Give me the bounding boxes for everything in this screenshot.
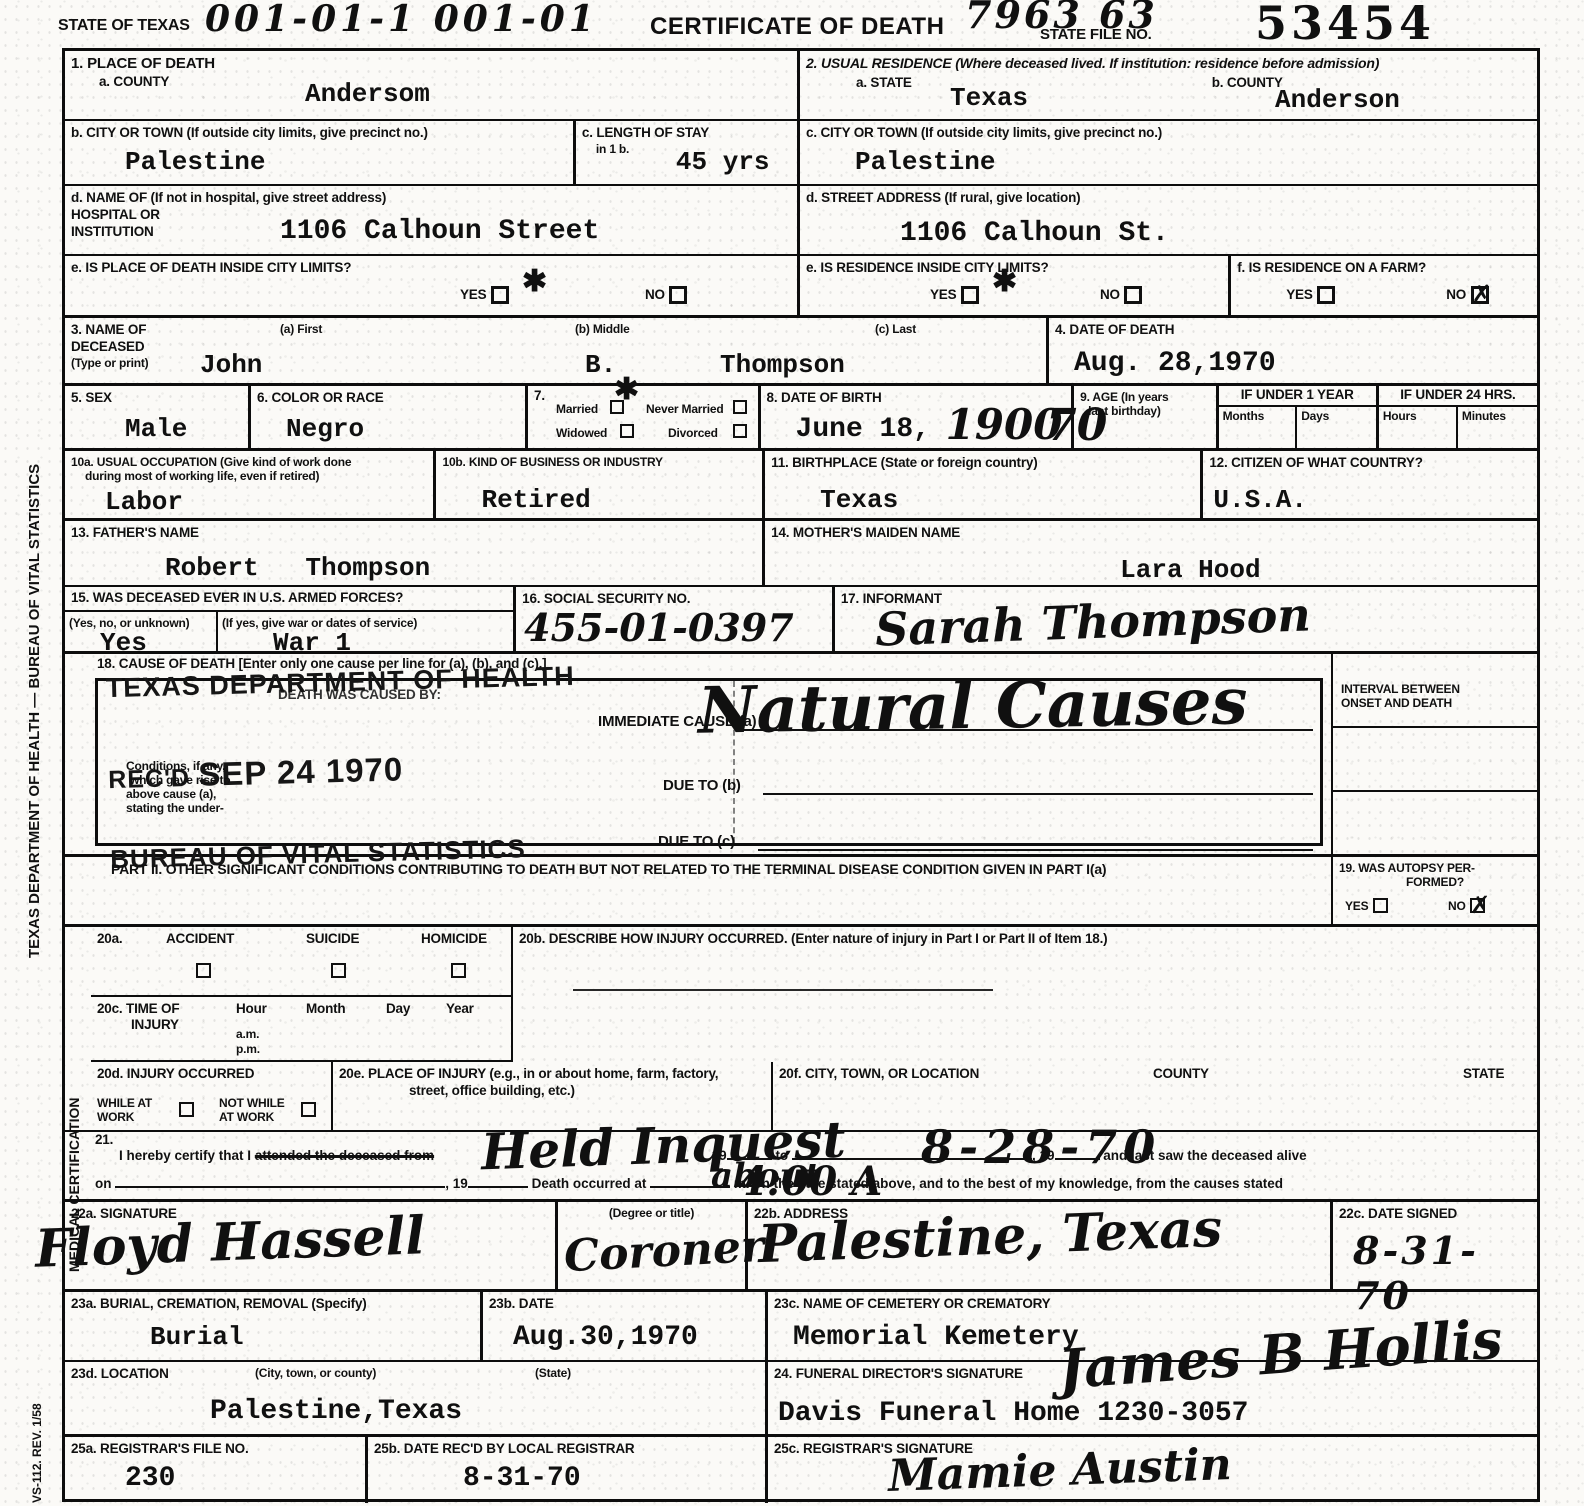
location-label: 23d. LOCATION — [71, 1366, 169, 1383]
middle-name-label: (b) Middle — [575, 322, 630, 336]
pod-limits-yes-asterisk: ✱ — [522, 274, 547, 289]
manner-label: 20a. — [97, 931, 122, 948]
injury-county-label: COUNTY — [1153, 1066, 1209, 1083]
res-limits-cell: e. IS RESIDENCE INSIDE CITY LIMITS? YES … — [800, 256, 1231, 315]
date-signed-cell: 22c. DATE SIGNED 8-31-70 — [1333, 1202, 1537, 1289]
res-street-label: d. STREET ADDRESS (If rural, give locati… — [806, 190, 1531, 207]
middle-name-value: B. — [585, 350, 616, 380]
month-label: Month — [306, 1001, 345, 1018]
res-city-label: c. CITY OR TOWN (If outside city limits,… — [806, 125, 1531, 142]
birthplace-value: Texas — [820, 485, 898, 515]
homicide-label: HOMICIDE — [421, 931, 487, 948]
manner-cell: 20a. ACCIDENT SUICIDE HOMICIDE — [91, 927, 513, 997]
res-farm-yes-label: YES — [1286, 287, 1312, 302]
while-at-work-label-2: WORK — [97, 1110, 134, 1124]
date-of-death-value: Aug. 28,1970 — [1074, 348, 1276, 379]
industry-label: 10b. KIND OF BUSINESS OR INDUSTRY — [442, 455, 756, 469]
certification-number: 21. — [95, 1132, 113, 1149]
location-sub-2: (State) — [535, 1366, 571, 1380]
cert-prefix: I hereby certify that I — [119, 1148, 251, 1163]
place-of-death-title: 1. PLACE OF DEATH — [71, 55, 791, 74]
citizen-cell: 12. CITIZEN OF WHAT COUNTRY? U.S.A. — [1203, 451, 1537, 518]
autopsy-yes-checkbox — [1373, 898, 1388, 913]
handwritten-local-file-code: 001-01-1 001-01 — [205, 0, 598, 40]
ssn-value: 455-01-0397 — [524, 605, 794, 650]
mother-name-cell: 14. MOTHER'S MAIDEN NAME Lara Hood — [765, 521, 1537, 585]
registrar-date-cell: 25b. DATE REC'D BY LOCAL REGISTRAR 8-31-… — [368, 1437, 768, 1503]
funeral-director-cell: 24. FUNERAL DIRECTOR'S SIGNATURE Davis F… — [768, 1362, 1537, 1434]
occupation-cell: 10a. USUAL OCCUPATION (Give kind of work… — [65, 451, 436, 518]
conditions-line-1: Conditions, if any, — [126, 759, 225, 773]
if-under-1-year-cell: IF UNDER 1 YEAR Months Days — [1219, 386, 1379, 448]
place-of-death-section: 1. PLACE OF DEATH a. COUNTY Andersom — [65, 51, 800, 119]
hour-label: Hour — [236, 1001, 267, 1018]
injury-state-label: STATE — [1463, 1066, 1504, 1083]
pod-city-label: b. CITY OR TOWN (If outside city limits,… — [71, 125, 567, 142]
cemetery-value: Memorial Kemetery — [793, 1322, 1079, 1353]
burial-label: 23a. BURIAL, CREMATION, REMOVAL (Specify… — [71, 1296, 474, 1313]
cert-struck-text: attended the deceased from — [255, 1148, 434, 1163]
conditions-line-4: stating the under- — [126, 801, 224, 815]
name-of-deceased-cell: 3. NAME OF DECEASED (Type or print) (a) … — [65, 318, 1049, 383]
informant-cell: 17. INFORMANT Sarah Thompson — [835, 587, 1537, 651]
industry-value: Retired — [481, 485, 590, 515]
agency-vertical-label: TEXAS DEPARTMENT OF HEALTH — BUREAU OF V… — [26, 248, 43, 958]
date-of-death-cell: 4. DATE OF DEATH Aug. 28,1970 — [1049, 318, 1537, 383]
autopsy-cell: 19. WAS AUTOPSY PER- FORMED? YES NO ✗ — [1333, 857, 1537, 924]
married-label: Married — [556, 402, 598, 416]
hospital-value: 1106 Calhoun Street — [280, 216, 599, 247]
injury-city-label: 20f. CITY, TOWN, OR LOCATION — [779, 1066, 979, 1083]
age-value: 70 — [1046, 400, 1107, 451]
res-county-label: b. COUNTY — [1212, 75, 1283, 92]
hospital-cell: d. NAME OF (If not in hospital, give str… — [65, 186, 800, 254]
res-state-value: Texas — [950, 83, 1028, 113]
burial-date-value: Aug.30,1970 — [513, 1322, 698, 1353]
res-farm-label: f. IS RESIDENCE ON A FARM? — [1237, 260, 1531, 277]
certifier-signature: Floyd Hassell — [34, 1205, 426, 1280]
describe-injury-space — [513, 997, 1537, 1062]
degree-label: (Degree or title) — [564, 1206, 739, 1220]
sex-value: Male — [125, 414, 187, 444]
homicide-checkbox — [451, 963, 466, 978]
suicide-label: SUICIDE — [306, 931, 359, 948]
cert-on-label: on — [95, 1176, 112, 1191]
res-farm-no-label: NO — [1446, 287, 1466, 302]
conditions-line-3: above cause (a), — [126, 787, 216, 801]
burial-date-label: 23b. DATE — [489, 1296, 759, 1313]
funeral-home-value: Davis Funeral Home 1230-3057 — [778, 1398, 1248, 1429]
hours-label: Hours — [1379, 407, 1458, 450]
registrar-file-label: 25a. REGISTRAR'S FILE NO. — [71, 1441, 359, 1458]
registrar-date-value: 8-31-70 — [463, 1463, 581, 1494]
pod-city-cell: b. CITY OR TOWN (If outside city limits,… — [65, 121, 576, 184]
registrar-signature-value: Mamie Austin — [887, 1439, 1232, 1502]
state-file-no-label: STATE FILE NO. — [1040, 26, 1152, 45]
res-farm-no-checkbox: ✗ — [1471, 286, 1489, 304]
stay-label: c. LENGTH OF STAY — [582, 125, 791, 142]
res-state-label: a. STATE — [856, 75, 912, 92]
not-while-at-work-label-2: AT WORK — [219, 1110, 274, 1124]
occupation-label-1: 10a. USUAL OCCUPATION (Give kind of work… — [71, 455, 427, 469]
divorced-label: Divorced — [668, 426, 718, 440]
sex-cell: 5. SEX Male — [65, 386, 251, 448]
birthplace-label: 11. BIRTHPLACE (State or foreign country… — [771, 455, 1194, 472]
degree-cell: (Degree or title) Coroner — [558, 1202, 748, 1289]
place-of-injury-label-1: 20e. PLACE OF INJURY (e.g., in or about … — [339, 1066, 765, 1083]
usual-residence-section: 2. USUAL RESIDENCE (Where deceased lived… — [800, 51, 1537, 119]
cert-year-3: 19 — [453, 1176, 468, 1191]
form-number-vertical-label: VS-112. REV. 1/58 — [30, 1368, 44, 1503]
autopsy-no-label: NO — [1448, 899, 1466, 913]
married-asterisk: ✱ — [614, 382, 639, 397]
industry-cell: 10b. KIND OF BUSINESS OR INDUSTRY Retire… — [436, 451, 765, 518]
armed-forces-value2: War 1 — [273, 628, 351, 658]
autopsy-no-checkbox: ✗ — [1470, 898, 1485, 913]
marital-status-cell: 7. Married ✱ Never Married Widowed Divor… — [528, 386, 761, 448]
dob-typed-value: June 18, — [796, 414, 930, 445]
day-label: Day — [386, 1001, 410, 1018]
under-24-hrs-label: IF UNDER 24 HRS. — [1379, 386, 1537, 407]
while-at-work-checkbox — [179, 1102, 194, 1117]
res-city-value: Palestine — [855, 147, 995, 177]
length-of-stay-cell: c. LENGTH OF STAY in 1 b. 45 yrs — [576, 121, 800, 184]
race-label: 6. COLOR OR RACE — [257, 390, 519, 407]
residence-title: 2. USUAL RESIDENCE (Where deceased lived… — [806, 55, 1531, 73]
age-cell: 9. AGE (In years last birthday) 70 — [1074, 386, 1219, 448]
armed-forces-label: 15. WAS DECEASED EVER IN U.S. ARMED FORC… — [65, 587, 513, 612]
res-limits-yes-label: YES — [930, 287, 956, 302]
res-street-value: 1106 Calhoun St. — [900, 218, 1169, 249]
suicide-checkbox — [331, 963, 346, 978]
part-2-label: PART II. OTHER SIGNIFICANT CONDITIONS CO… — [111, 861, 1325, 879]
autopsy-label-1: 19. WAS AUTOPSY PER- — [1339, 861, 1531, 875]
occupation-value: Labor — [105, 487, 183, 517]
pod-limits-label: e. IS PLACE OF DEATH INSIDE CITY LIMITS? — [71, 260, 791, 277]
armed-forces-value1: Yes — [100, 628, 147, 658]
state-file-number: 53454 — [1255, 0, 1435, 50]
date-signed-value: 8-31-70 — [1353, 1228, 1537, 1318]
res-county-value: Anderson — [1275, 85, 1400, 115]
divorced-checkbox — [733, 424, 747, 438]
date-signed-label: 22c. DATE SIGNED — [1339, 1206, 1531, 1223]
pm-label: p.m. — [236, 1042, 260, 1056]
time-of-injury-cell: 20c. TIME OF INJURY Hour Month Day Year … — [91, 997, 513, 1062]
birthplace-cell: 11. BIRTHPLACE (State or foreign country… — [765, 451, 1203, 518]
am-label: a.m. — [236, 1027, 259, 1041]
year-label: Year — [446, 1001, 474, 1018]
date-of-birth-cell: 8. DATE OF BIRTH June 18, 1900 — [761, 386, 1075, 448]
never-married-label: Never Married — [646, 402, 723, 416]
state-of-texas-label: STATE OF TEXAS — [58, 16, 190, 36]
header: STATE OF TEXAS 001-01-1 001-01 CERTIFICA… — [0, 0, 1584, 48]
registrar-file-cell: 25a. REGISTRAR'S FILE NO. 230 — [65, 1437, 368, 1503]
minutes-label: Minutes — [1458, 407, 1537, 450]
last-name-value: Thompson — [720, 350, 845, 380]
autopsy-yes-label: YES — [1345, 899, 1368, 913]
pod-limits-yes-label: YES — [460, 287, 486, 302]
accident-label: ACCIDENT — [166, 931, 234, 948]
burial-date-cell: 23b. DATE Aug.30,1970 — [483, 1292, 768, 1360]
injury-occurred-cell: 20d. INJURY OCCURRED WHILE AT WORK NOT W… — [91, 1062, 333, 1130]
res-farm-yes-checkbox — [1317, 286, 1335, 304]
pod-county-value: Andersom — [305, 79, 430, 109]
pod-limits-no-label: NO — [645, 287, 665, 302]
degree-value: Coroner — [563, 1221, 765, 1282]
interval-label-2: ONSET AND DEATH — [1341, 696, 1529, 710]
first-name-label: (a) First — [280, 322, 322, 336]
pod-limits-cell: e. IS PLACE OF DEATH INSIDE CITY LIMITS?… — [65, 256, 800, 315]
res-limits-yes-checkbox — [961, 286, 979, 304]
cause-inner-box: DEATH WAS CAUSED BY: IMMEDIATE CAUSE (a)… — [95, 678, 1323, 846]
burial-cell: 23a. BURIAL, CREMATION, REMOVAL (Specify… — [65, 1292, 483, 1360]
location-value: Palestine,Texas — [210, 1396, 462, 1427]
never-married-checkbox — [733, 400, 747, 414]
burial-value: Burial — [150, 1322, 244, 1352]
father-name-cell: 13. FATHER'S NAME Robert Thompson — [65, 521, 765, 585]
armed-forces-cell: 15. WAS DECEASED EVER IN U.S. ARMED FORC… — [65, 587, 516, 651]
describe-injury-label: 20b. DESCRIBE HOW INJURY OCCURRED. (Ente… — [519, 931, 1531, 948]
certified-to-date-handwriting: 8-28-70 — [921, 1120, 1161, 1174]
race-cell: 6. COLOR OR RACE Negro — [251, 386, 528, 448]
race-value: Negro — [286, 414, 364, 444]
certificate-title: CERTIFICATE OF DEATH — [650, 12, 944, 42]
burial-location-cell: 23d. LOCATION (City, town, or county) (S… — [65, 1362, 768, 1434]
res-limits-no-label: NO — [1100, 287, 1120, 302]
death-was-caused-by-label: DEATH WAS CAUSED BY: — [278, 687, 441, 704]
signature-cell: 22a. SIGNATURE Floyd Hassell — [65, 1202, 558, 1289]
months-label: Months — [1219, 407, 1298, 450]
occupation-label-2: during most of working life, even if ret… — [85, 469, 427, 483]
widowed-label: Widowed — [556, 426, 607, 440]
not-while-at-work-label-1: NOT WHILE — [219, 1096, 285, 1110]
due-to-b-label: DUE TO (b) — [663, 777, 741, 796]
certification-cell: 21. I hereby certify that I attended the… — [91, 1132, 1537, 1199]
registrar-file-value: 230 — [125, 1463, 175, 1494]
while-at-work-label-1: WHILE AT — [97, 1096, 152, 1110]
ssn-cell: 16. SOCIAL SECURITY NO. 455-01-0397 — [516, 587, 835, 651]
describe-injury-cell: 20b. DESCRIBE HOW INJURY OCCURRED. (Ente… — [513, 927, 1537, 997]
citizen-label: 12. CITIZEN OF WHAT COUNTRY? — [1209, 455, 1531, 472]
certificate-form: 1. PLACE OF DEATH a. COUNTY Andersom 2. … — [62, 48, 1540, 1502]
part-2-cell: PART II. OTHER SIGNIFICANT CONDITIONS CO… — [91, 857, 1333, 924]
conditions-line-2: which gave rise to — [130, 773, 230, 787]
time-injury-label-1: 20c. TIME OF — [97, 1001, 179, 1018]
first-name-value: John — [200, 350, 262, 380]
registrar-signature-cell: 25c. REGISTRAR'S SIGNATURE Mamie Austin — [768, 1437, 1537, 1503]
pod-city-value: Palestine — [125, 147, 265, 177]
last-name-label: (c) Last — [875, 322, 916, 336]
if-under-24-hrs-cell: IF UNDER 24 HRS. Hours Minutes — [1379, 386, 1537, 448]
death-time-handwriting: 4:00 A — [739, 1158, 882, 1205]
father-label: 13. FATHER'S NAME — [71, 525, 756, 542]
stay-value: 45 yrs — [676, 147, 770, 177]
accident-checkbox — [196, 963, 211, 978]
due-to-c-label: DUE TO (c) — [658, 833, 735, 852]
hospital-label-1: d. NAME OF (If not in hospital, give str… — [71, 190, 791, 207]
interval-label-1: INTERVAL BETWEEN — [1341, 682, 1529, 696]
mother-label: 14. MOTHER'S MAIDEN NAME — [771, 525, 1531, 542]
citizen-value: U.S.A. — [1213, 485, 1307, 515]
cause-of-death-cell: 18. CAUSE OF DEATH [Enter only one cause… — [91, 654, 1333, 854]
death-certificate-scan: TEXAS DEPARTMENT OF HEALTH — BUREAU OF V… — [0, 0, 1584, 1506]
interval-column: INTERVAL BETWEEN ONSET AND DEATH — [1333, 654, 1537, 854]
father-value: Robert Thompson — [165, 553, 430, 583]
res-limits-yes-asterisk: ✱ — [992, 274, 1017, 289]
not-while-at-work-checkbox — [301, 1102, 316, 1117]
pod-limits-yes-checkbox — [491, 286, 509, 304]
dob-handwritten-value: 1900 — [946, 400, 1063, 449]
autopsy-label-2: FORMED? — [1339, 875, 1531, 889]
cause-handwritten-value: Natural Causes — [697, 664, 1248, 749]
pod-county-label: a. COUNTY — [99, 74, 791, 91]
address-cell: 22b. ADDRESS Palestine, Texas — [748, 1202, 1333, 1289]
under-1-year-label: IF UNDER 1 YEAR — [1219, 386, 1376, 407]
injury-occurred-label: 20d. INJURY OCCURRED — [97, 1066, 325, 1083]
days-label: Days — [1297, 407, 1376, 450]
res-farm-cell: f. IS RESIDENCE ON A FARM? YES NO ✗ — [1231, 256, 1537, 315]
res-limits-no-checkbox — [1124, 286, 1142, 304]
location-sub-1: (City, town, or county) — [255, 1366, 376, 1380]
time-injury-label-2: INJURY — [131, 1017, 179, 1034]
mother-value: Lara Hood — [1120, 555, 1260, 585]
registrar-date-label: 25b. DATE REC'D BY LOCAL REGISTRAR — [374, 1441, 759, 1458]
sex-label: 5. SEX — [71, 390, 242, 407]
pod-limits-no-checkbox — [669, 286, 687, 304]
widowed-checkbox — [620, 424, 634, 438]
res-street-cell: d. STREET ADDRESS (If rural, give locati… — [800, 186, 1537, 254]
date-of-death-label: 4. DATE OF DEATH — [1055, 322, 1531, 339]
res-city-cell: c. CITY OR TOWN (If outside city limits,… — [800, 121, 1537, 184]
place-of-injury-label-2: street, office building, etc.) — [409, 1083, 765, 1100]
